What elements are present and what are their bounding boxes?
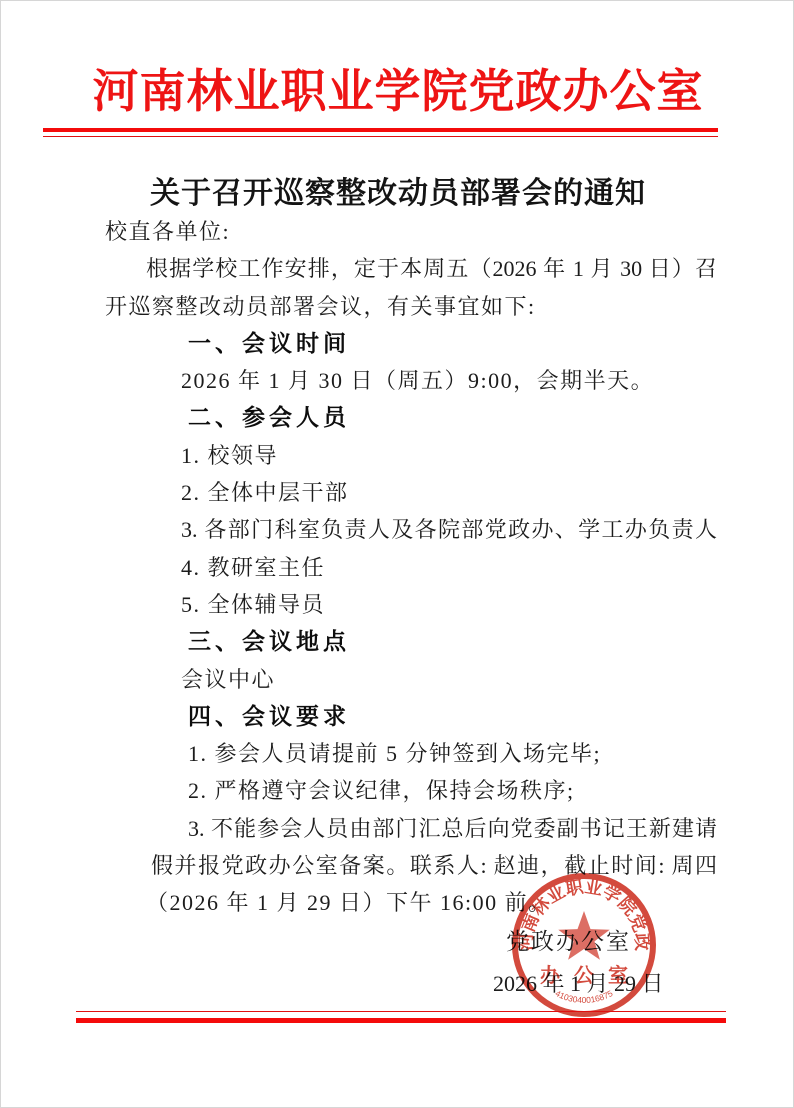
seal-star-icon (558, 911, 609, 960)
list-item: 4. 教研室主任 (105, 549, 717, 586)
seal-office-text: 办公室 (540, 963, 642, 987)
notice-page: { "document": { "letterhead": "河南林业职业学院党… (0, 0, 794, 1108)
salutation: 校直各单位: (105, 213, 717, 250)
official-seal: 河南林业职业学院党政 办公室 4103040016875 (509, 872, 659, 1022)
footer-divider (76, 1011, 726, 1023)
section-heading-2: 二、参会人员 (105, 399, 717, 436)
section-heading-4: 四、会议要求 (105, 698, 717, 735)
seal-code: 4103040016875 (554, 988, 615, 1005)
meeting-time: 2026 年 1 月 30 日（周五）9:00，会期半天。 (105, 362, 717, 399)
letterhead-divider-thin-line (43, 136, 718, 137)
list-item: 1. 校领导 (105, 437, 717, 474)
list-item: 3. 不能参会人员由部门汇总后向党委副书记王新建请 (105, 810, 717, 847)
document-body: 校直各单位: 根据学校工作安排，定于本周五（2026 年 1 月 30 日）召 … (105, 213, 717, 922)
document-title: 关于召开巡察整改动员部署会的通知 (1, 168, 794, 212)
section-heading-1: 一、会议时间 (105, 325, 717, 362)
letterhead-title: 河南林业职业学院党政办公室 (1, 55, 794, 121)
paragraph-line: 开巡察整改动员部署会议，有关事宜如下: (105, 288, 717, 325)
list-item: 5. 全体辅导员 (105, 586, 717, 623)
letterhead-divider (43, 128, 718, 137)
section-heading-3: 三、会议地点 (105, 623, 717, 660)
list-item: 2. 全体中层干部 (105, 474, 717, 511)
meeting-place: 会议中心 (105, 661, 717, 698)
list-item: 2. 严格遵守会议纪律，保持会场秩序; (105, 772, 717, 809)
list-item: 3. 各部门科室负责人及各院部党政办、学工办负责人 (105, 511, 717, 548)
list-item: 1. 参会人员请提前 5 分钟签到入场完毕; (105, 735, 717, 772)
footer-divider-thick-line (76, 1018, 726, 1023)
paragraph-line: 根据学校工作安排，定于本周五（2026 年 1 月 30 日）召 (105, 250, 717, 287)
